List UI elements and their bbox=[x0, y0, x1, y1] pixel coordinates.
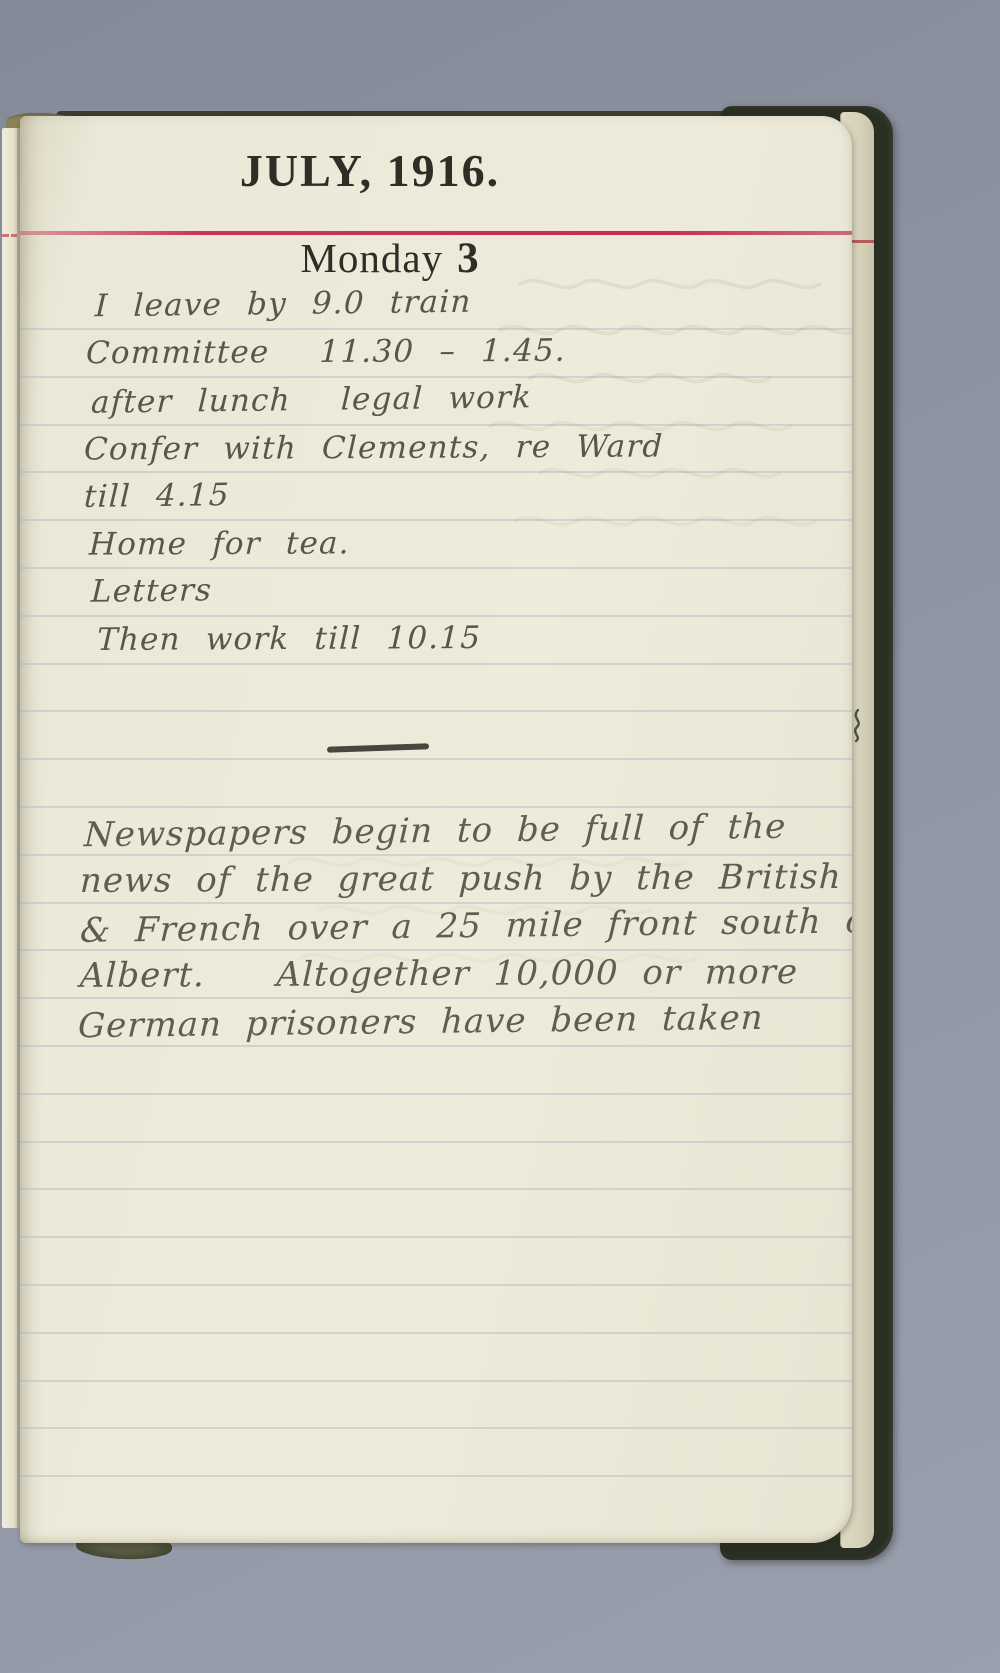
handwritten-line: after lunch legal work bbox=[90, 379, 532, 420]
day-label: Monday bbox=[300, 235, 443, 281]
red-line-dash bbox=[2, 234, 9, 237]
news-note-line: Newspapers begin to be full of the bbox=[83, 807, 787, 856]
red-line-dash bbox=[11, 234, 17, 237]
ruled-line bbox=[20, 567, 852, 569]
handwritten-line: till 4.15 bbox=[83, 477, 230, 515]
ruled-line bbox=[20, 710, 852, 712]
ruled-line bbox=[20, 1141, 852, 1143]
ruled-line bbox=[20, 424, 852, 426]
ruled-line bbox=[20, 615, 852, 617]
ruled-line bbox=[20, 1475, 852, 1477]
news-note-line: German prisoners have been taken bbox=[77, 998, 764, 1046]
diary-photo: JULY, 1916. Monday3 I leave by 9.0 train… bbox=[0, 0, 1000, 1673]
ruled-line bbox=[20, 663, 852, 665]
news-note-line: & French over a 25 mile front south of bbox=[79, 901, 852, 951]
ruled-line bbox=[20, 1332, 852, 1334]
ruled-line bbox=[20, 1188, 852, 1190]
handwritten-line: Confer with Clements, re Ward bbox=[83, 428, 664, 467]
ruled-line bbox=[20, 519, 852, 521]
handwritten-divider-dash bbox=[327, 743, 429, 753]
handwritten-line: Letters bbox=[90, 572, 213, 610]
ruled-line bbox=[20, 471, 852, 473]
day-number: 3 bbox=[457, 235, 480, 282]
handwritten-line: Then work till 10.15 bbox=[96, 620, 481, 658]
day-heading: Monday3 bbox=[130, 234, 650, 283]
ruled-line bbox=[20, 758, 852, 760]
diary-page: JULY, 1916. Monday3 I leave by 9.0 train… bbox=[20, 116, 852, 1543]
ruled-line bbox=[20, 1380, 852, 1382]
ruled-line bbox=[20, 1284, 852, 1286]
ruled-line bbox=[20, 1427, 852, 1429]
handwritten-line: I leave by 9.0 train bbox=[94, 284, 472, 325]
month-year-header: JULY, 1916. bbox=[110, 144, 630, 197]
handwritten-line: Committee 11.30 – 1.45. bbox=[85, 333, 566, 372]
handwritten-line: Home for tea. bbox=[88, 525, 350, 562]
ruled-line bbox=[20, 328, 852, 330]
ruled-line bbox=[20, 1093, 852, 1095]
left-page-edges bbox=[2, 128, 20, 1528]
ruled-line bbox=[20, 1236, 852, 1238]
news-note-line: news of the great push by the British bbox=[79, 857, 842, 901]
ruled-line bbox=[20, 376, 852, 378]
news-note-line: Albert. Altogether 10,000 or more bbox=[79, 952, 798, 996]
